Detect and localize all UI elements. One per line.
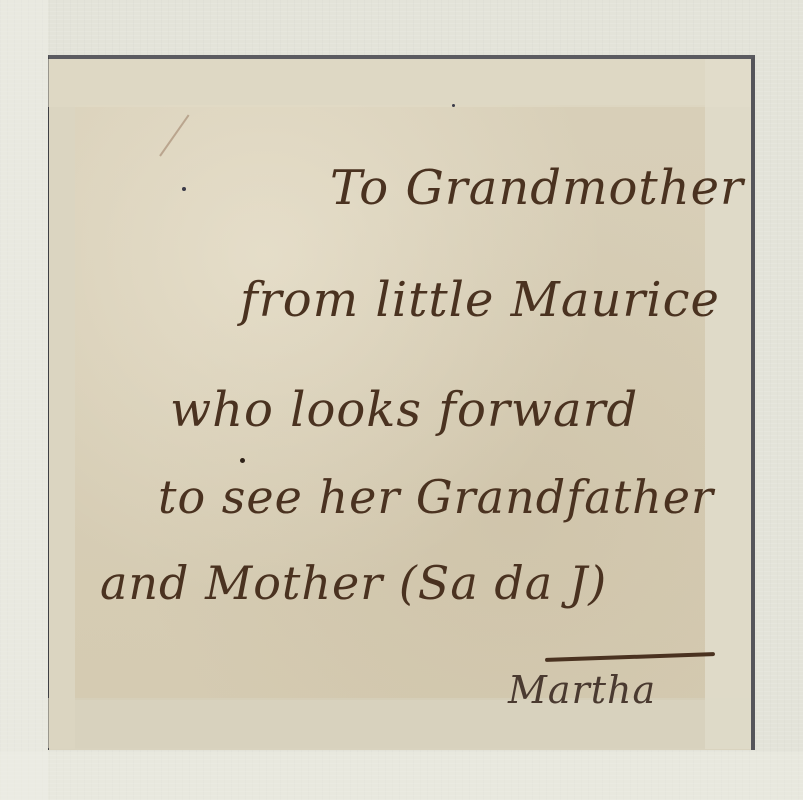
mount-board: To Grandmother from little Maurice who l…	[0, 0, 803, 800]
ink-dot	[452, 104, 455, 107]
note-line-1: To Grandmother	[330, 160, 744, 216]
mount-strip-left	[0, 0, 48, 800]
note-line-3: who looks forward	[170, 382, 638, 438]
tissue-band-left	[49, 59, 75, 749]
mount-strip-bottom	[0, 752, 803, 800]
note-line-2: from little Maurice	[240, 272, 720, 328]
tissue-band-top	[48, 59, 751, 107]
note-line-4: to see her Grandfather	[158, 470, 714, 524]
ink-dot	[240, 458, 245, 463]
ink-dot	[182, 187, 186, 191]
signature: Martha	[508, 668, 656, 712]
stain-mark	[150, 125, 210, 185]
note-line-5: and Mother (Sa da J)	[100, 556, 607, 610]
